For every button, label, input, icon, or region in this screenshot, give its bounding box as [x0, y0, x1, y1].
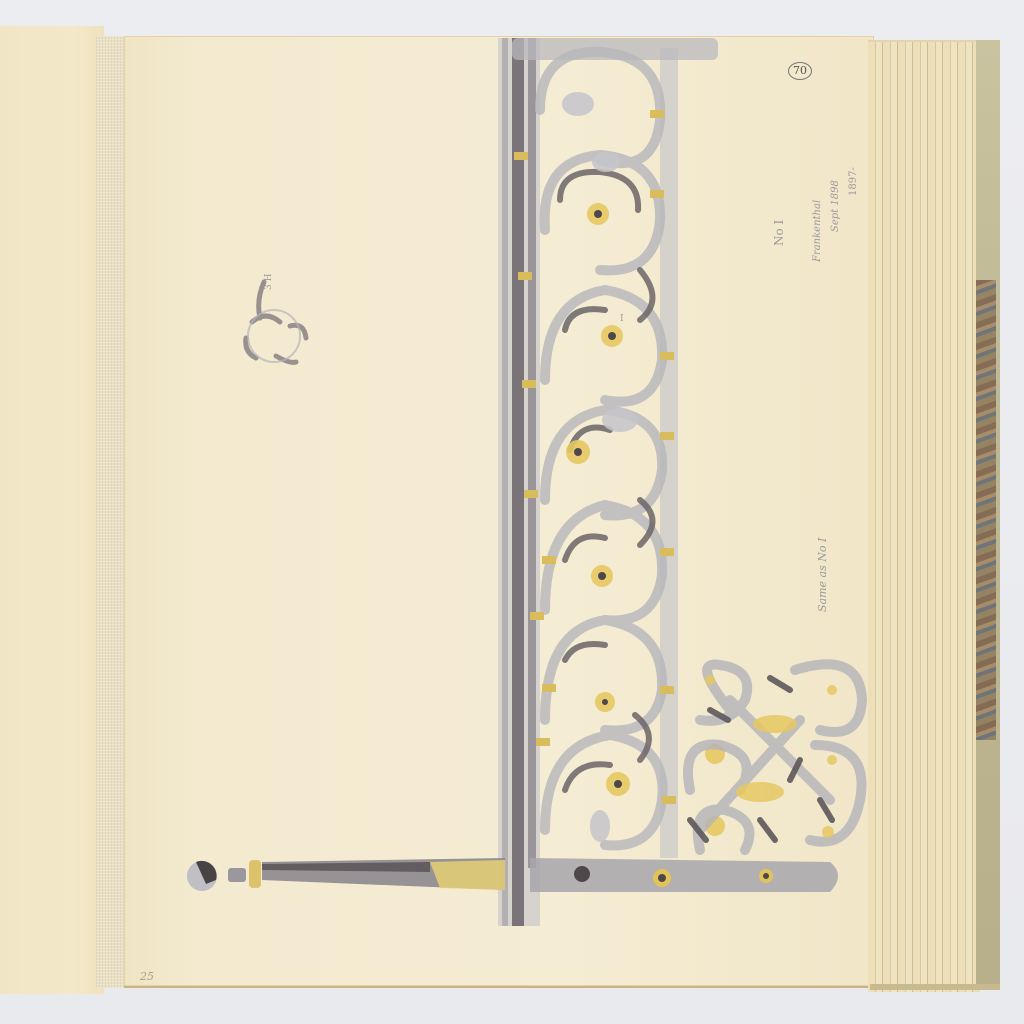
date-note: Sept 1898 [830, 180, 841, 232]
detail-mark: I [620, 314, 624, 324]
location-note: Frankenthal [812, 200, 823, 262]
panel-label: No I [772, 220, 786, 246]
rosette-label: 3 H [264, 274, 274, 290]
same-as-note: Same as No I [816, 538, 829, 612]
vertical-post [498, 38, 540, 926]
ironwork-drawing [0, 0, 1024, 1024]
finial-bar [187, 858, 505, 891]
catalog-number: 1897- [848, 167, 859, 196]
margin-mark: 25 [140, 970, 154, 983]
plate-number: 70 [788, 62, 812, 80]
